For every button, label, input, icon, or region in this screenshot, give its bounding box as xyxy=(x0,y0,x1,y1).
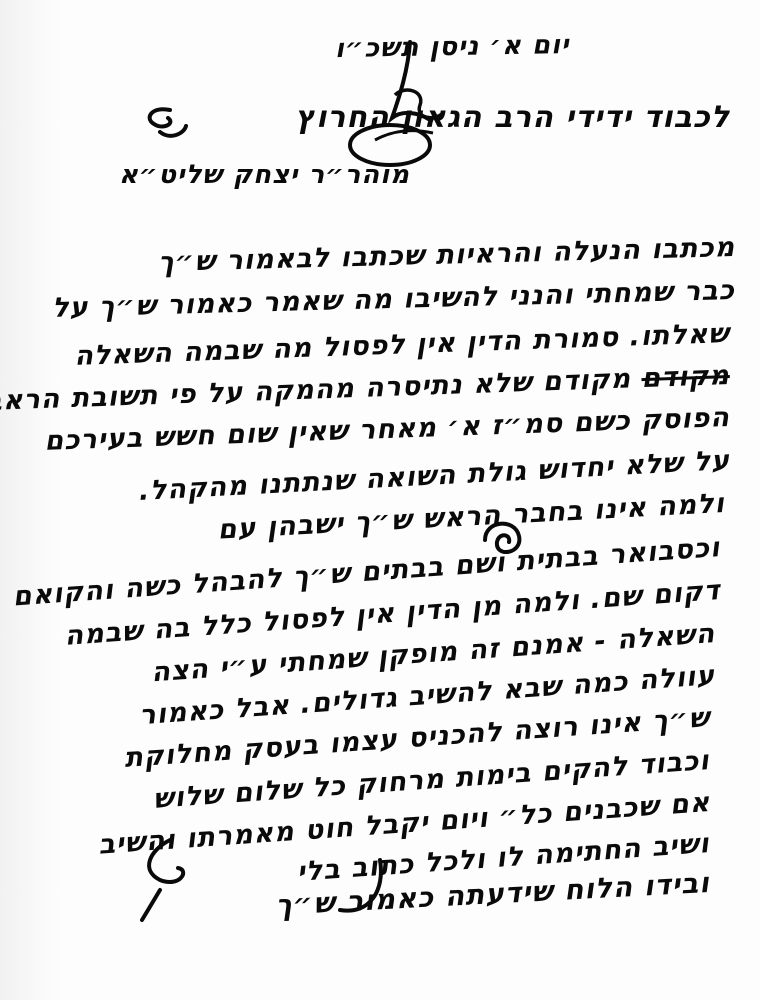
scan-edge-shadow xyxy=(0,0,60,1000)
addressee-flourish-icon xyxy=(140,100,190,145)
date-line: יום א׳ ניסן תשכ״ו xyxy=(335,30,570,64)
body-line-2: כבר שמחתי והנני להשיבו מה שאמר כאמור ש״ך… xyxy=(52,275,736,324)
struck-word: מקודם xyxy=(641,360,730,394)
addressee-line-2: מוהר״ר יצחק שליט״א xyxy=(119,160,410,190)
letter-page: יום א׳ ניסן תשכ״ו לכבוד ידידי הרב הגאון … xyxy=(0,0,760,1000)
addressee-line-1: לכבוד ידידי הרב הגאון החרוץ xyxy=(295,100,730,135)
body-line-1: מכתבו הנעלה והראיות שכתבו לבאמור ש״ך xyxy=(158,232,736,278)
